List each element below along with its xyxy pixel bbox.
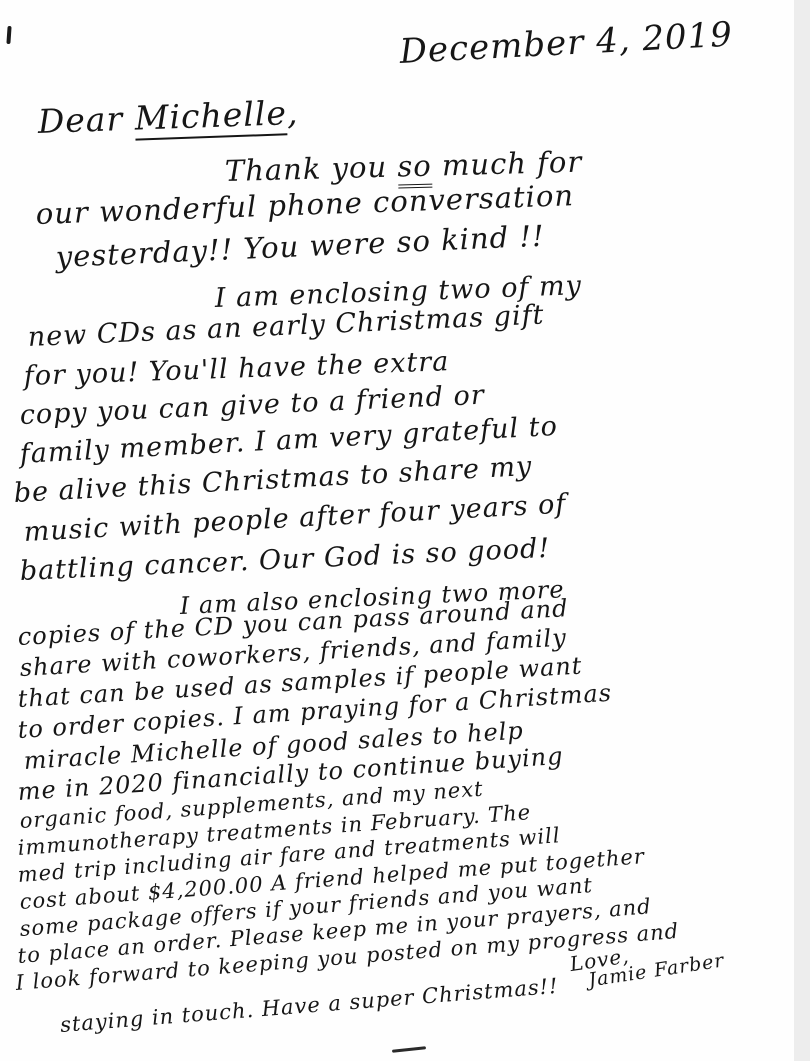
salutation-suffix: , <box>286 93 299 132</box>
salutation-prefix: Dear <box>37 99 135 141</box>
scan-mark-artifact <box>6 26 11 44</box>
handwritten-letter: December 4, 2019 Dear Michelle, Thank yo… <box>30 26 790 1039</box>
scan-edge-artifact <box>794 0 810 1061</box>
scan-stray-stroke <box>392 1046 426 1053</box>
letter-date: December 4, 2019 <box>398 6 790 78</box>
recipient-name: Michelle <box>134 93 288 140</box>
scanned-letter-page: December 4, 2019 Dear Michelle, Thank yo… <box>0 0 810 1061</box>
